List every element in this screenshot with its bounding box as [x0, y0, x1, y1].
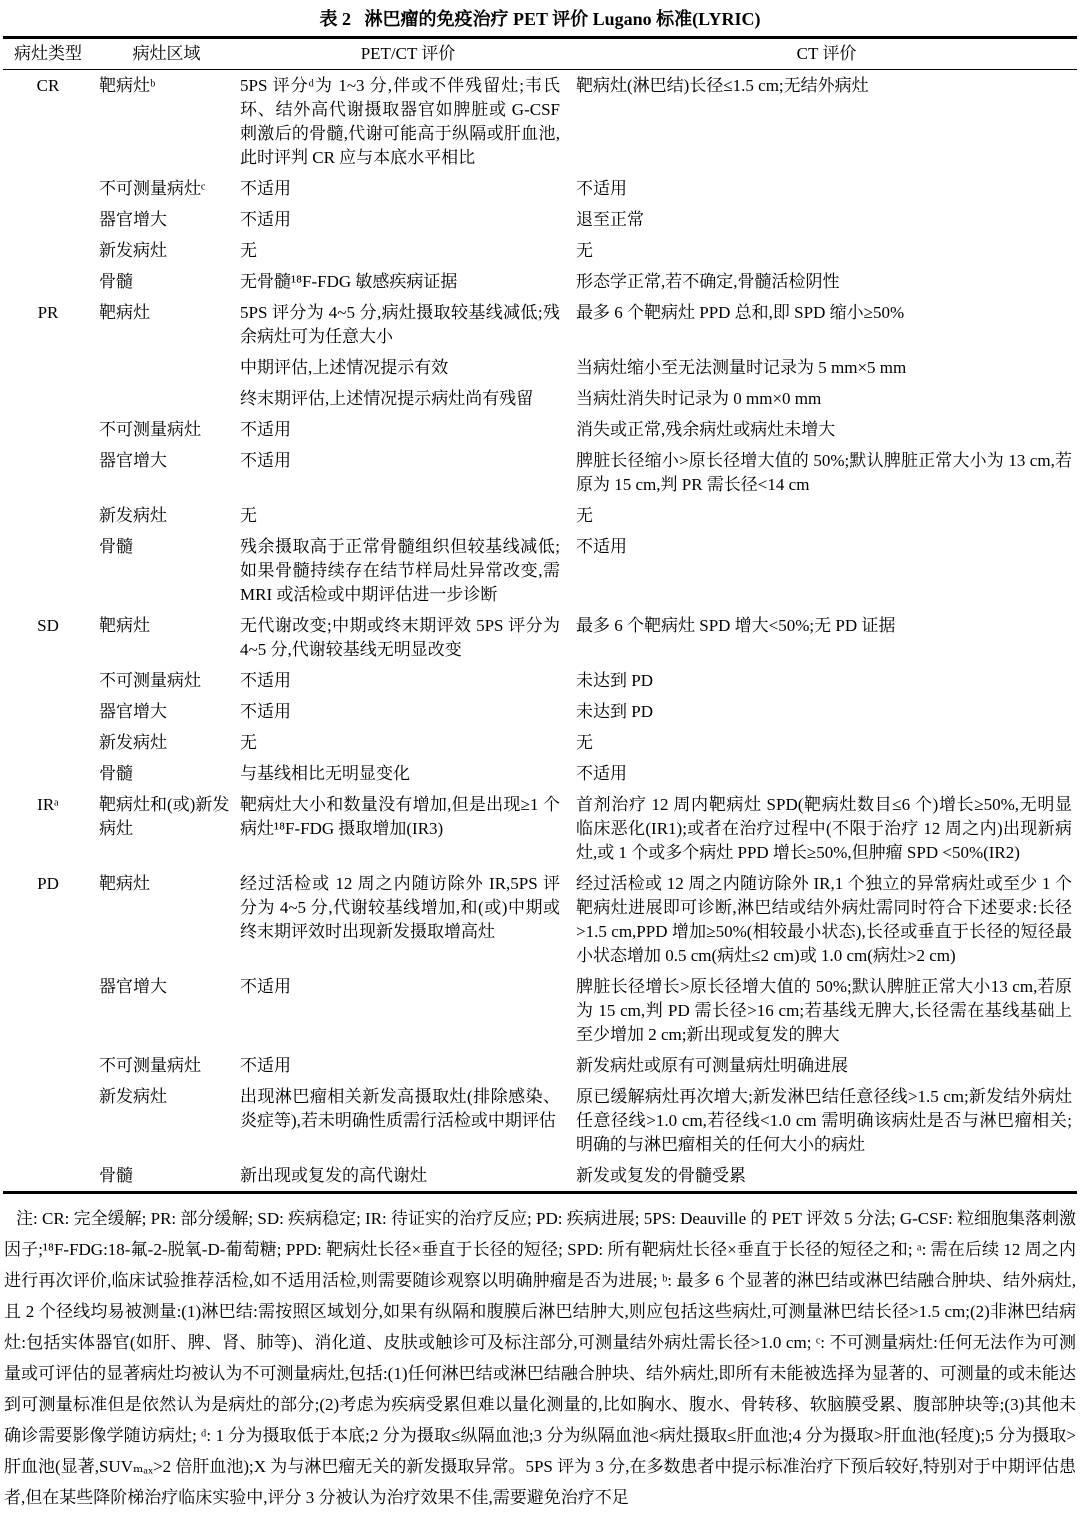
lesion-type-cell	[3, 531, 93, 610]
pet-ct-cell: 不适用	[240, 414, 576, 445]
lesion-region-cell	[93, 383, 240, 414]
table-row-pr-target: PR 靶病灶 5PS 评分为 4~5 分,病灶摄取较基线减低;残余病灶可为任意大…	[3, 297, 1077, 352]
table-row-pd-newlesion: 新发病灶 出现淋巴瘤相关新发高摄取灶(排除感染、炎症等),若未明确性质需行活检或…	[3, 1081, 1077, 1160]
lesion-type-cell	[3, 414, 93, 445]
pet-ct-cell: 出现淋巴瘤相关新发高摄取灶(排除感染、炎症等),若未明确性质需行活检或中期评估	[240, 1081, 576, 1160]
lesion-type-cell	[3, 266, 93, 297]
lesion-region-cell: 靶病灶和(或)新发病灶	[93, 789, 240, 868]
lesion-region-cell: 不可测量病灶ᶜ	[93, 173, 240, 204]
table-row-pr-interim: 中期评估,上述情况提示有效 当病灶缩小至无法测量时记录为 5 mm×5 mm	[3, 352, 1077, 383]
header-lesion-region: 病灶区域	[93, 39, 240, 69]
pet-ct-cell: 不适用	[240, 665, 576, 696]
table-row-pr-endstage: 终末期评估,上述情况提示病灶尚有残留 当病灶消失时记录为 0 mm×0 mm	[3, 383, 1077, 414]
lesion-type-cell: PD	[3, 868, 93, 971]
ct-cell: 形态学正常,若不确定,骨髓活检阴性	[576, 266, 1077, 297]
pet-ct-cell: 不适用	[240, 173, 576, 204]
lesion-type-cell	[3, 727, 93, 758]
table-row-pr-newlesion: 新发病灶 无 无	[3, 500, 1077, 531]
ct-cell: 靶病灶(淋巴结)长径≤1.5 cm;无结外病灶	[576, 70, 1077, 173]
table-row-ir-target-newlesion: IRᵃ 靶病灶和(或)新发病灶 靶病灶大小和数量没有增加,但是出现≥1 个病灶¹…	[3, 789, 1077, 868]
table-row-sd-newlesion: 新发病灶 无 无	[3, 727, 1077, 758]
pet-ct-cell: 不适用	[240, 971, 576, 1050]
table-row-sd-organ: 器官增大 不适用 未达到 PD	[3, 696, 1077, 727]
table-title: 表 2 淋巴瘤的免疫治疗 PET 评价 Lugano 标准(LYRIC)	[3, 0, 1077, 36]
table-row-cr-target: CR 靶病灶ᵇ 5PS 评分ᵈ为 1~3 分,伴或不伴残留灶;韦氏环、结外高代谢…	[3, 70, 1077, 173]
pet-ct-cell: 无骨髓¹⁸F-FDG 敏感疾病证据	[240, 266, 576, 297]
lesion-region-cell: 器官增大	[93, 445, 240, 500]
lesion-region-cell: 骨髓	[93, 1160, 240, 1191]
pet-ct-cell: 无代谢改变;中期或终末期评效 5PS 评分为 4~5 分,代谢较基线无明显改变	[240, 610, 576, 665]
table-row-cr-nonmeasurable: 不可测量病灶ᶜ 不适用 不适用	[3, 173, 1077, 204]
ct-cell: 不适用	[576, 758, 1077, 789]
lesion-type-cell	[3, 445, 93, 500]
lesion-type-cell	[3, 204, 93, 235]
lesion-region-cell: 新发病灶	[93, 1081, 240, 1160]
table-row-pd-target: PD 靶病灶 经过活检或 12 周之内随访除外 IR,5PS 评分为 4~5 分…	[3, 868, 1077, 971]
table-row-sd-target: SD 靶病灶 无代谢改变;中期或终末期评效 5PS 评分为 4~5 分,代谢较基…	[3, 610, 1077, 665]
lesion-type-cell	[3, 173, 93, 204]
table-footnote: 注: CR: 完全缓解; PR: 部分缓解; SD: 疾病稳定; IR: 待证实…	[3, 1194, 1077, 1513]
lesion-region-cell: 器官增大	[93, 971, 240, 1050]
ct-cell: 当病灶缩小至无法测量时记录为 5 mm×5 mm	[576, 352, 1077, 383]
lesion-type-cell: IRᵃ	[3, 789, 93, 868]
ct-cell: 最多 6 个靶病灶 SPD 增大<50%;无 PD 证据	[576, 610, 1077, 665]
table-row-pr-marrow: 骨髓 残余摄取高于正常骨髓组织但较基线减低;如果骨髓持续存在结节样局灶异常改变,…	[3, 531, 1077, 610]
ct-cell: 不适用	[576, 173, 1077, 204]
table-row-cr-marrow: 骨髓 无骨髓¹⁸F-FDG 敏感疾病证据 形态学正常,若不确定,骨髓活检阴性	[3, 266, 1077, 297]
lesion-region-cell: 新发病灶	[93, 500, 240, 531]
ct-cell: 脾脏长径增长>原长径增大值的 50%;默认脾脏正常大小13 cm,若原为 15 …	[576, 971, 1077, 1050]
pet-ct-cell: 不适用	[240, 204, 576, 235]
lesion-type-cell	[3, 971, 93, 1050]
pet-ct-cell: 终末期评估,上述情况提示病灶尚有残留	[240, 383, 576, 414]
lesion-region-cell: 靶病灶	[93, 610, 240, 665]
ct-cell: 消失或正常,残余病灶或病灶未增大	[576, 414, 1077, 445]
lesion-region-cell: 靶病灶	[93, 868, 240, 971]
lesion-region-cell: 器官增大	[93, 696, 240, 727]
ct-cell: 原已缓解病灶再次增大;新发淋巴结任意径线>1.5 cm;新发结外病灶任意径线>1…	[576, 1081, 1077, 1160]
pet-ct-cell: 与基线相比无明显变化	[240, 758, 576, 789]
lesion-region-cell: 不可测量病灶	[93, 414, 240, 445]
pet-ct-cell: 不适用	[240, 696, 576, 727]
lesion-type-cell	[3, 1050, 93, 1081]
lesion-region-cell: 不可测量病灶	[93, 1050, 240, 1081]
pet-ct-cell: 不适用	[240, 445, 576, 500]
ct-cell: 新发或复发的骨髓受累	[576, 1160, 1077, 1191]
pet-ct-cell: 靶病灶大小和数量没有增加,但是出现≥1 个病灶¹⁸F-FDG 摄取增加(IR3)	[240, 789, 576, 868]
lesion-type-cell: SD	[3, 610, 93, 665]
pet-ct-cell: 不适用	[240, 1050, 576, 1081]
table-row-cr-organ: 器官增大 不适用 退至正常	[3, 204, 1077, 235]
lugano-lyric-table: 病灶类型 病灶区域 PET/CT 评价 CT 评价 CR 靶病灶ᵇ 5PS 评分…	[3, 36, 1077, 1194]
lesion-region-cell: 靶病灶	[93, 297, 240, 352]
ct-cell: 无	[576, 500, 1077, 531]
lesion-type-cell	[3, 758, 93, 789]
lesion-type-cell	[3, 383, 93, 414]
pet-ct-cell: 无	[240, 727, 576, 758]
pet-ct-cell: 经过活检或 12 周之内随访除外 IR,5PS 评分为 4~5 分,代谢较基线增…	[240, 868, 576, 971]
lesion-type-cell	[3, 235, 93, 266]
ct-cell: 无	[576, 727, 1077, 758]
table-row-pr-organ: 器官增大 不适用 脾脏长径缩小>原长径增大值的 50%;默认脾脏正常大小为 13…	[3, 445, 1077, 500]
table-row-sd-marrow: 骨髓 与基线相比无明显变化 不适用	[3, 758, 1077, 789]
lesion-type-cell	[3, 1160, 93, 1191]
lesion-region-cell: 新发病灶	[93, 235, 240, 266]
table-row-sd-nonmeasurable: 不可测量病灶 不适用 未达到 PD	[3, 665, 1077, 696]
table-row-cr-newlesion: 新发病灶 无 无	[3, 235, 1077, 266]
lesion-type-cell	[3, 696, 93, 727]
lesion-type-cell	[3, 665, 93, 696]
lesion-region-cell: 骨髓	[93, 266, 240, 297]
table-body: CR 靶病灶ᵇ 5PS 评分ᵈ为 1~3 分,伴或不伴残留灶;韦氏环、结外高代谢…	[3, 70, 1077, 1191]
header-ct: CT 评价	[576, 39, 1077, 69]
pet-ct-cell: 无	[240, 235, 576, 266]
table-row-pr-nonmeasurable: 不可测量病灶 不适用 消失或正常,残余病灶或病灶未增大	[3, 414, 1077, 445]
ct-cell: 新发病灶或原有可测量病灶明确进展	[576, 1050, 1077, 1081]
ct-cell: 当病灶消失时记录为 0 mm×0 mm	[576, 383, 1077, 414]
header-pet-ct: PET/CT 评价	[240, 39, 576, 69]
lesion-type-cell: CR	[3, 70, 93, 173]
header-lesion-type: 病灶类型	[3, 39, 93, 69]
table-row-pd-nonmeasurable: 不可测量病灶 不适用 新发病灶或原有可测量病灶明确进展	[3, 1050, 1077, 1081]
lesion-type-cell	[3, 500, 93, 531]
table-row-pd-organ: 器官增大 不适用 脾脏长径增长>原长径增大值的 50%;默认脾脏正常大小13 c…	[3, 971, 1077, 1050]
pet-ct-cell: 5PS 评分为 4~5 分,病灶摄取较基线减低;残余病灶可为任意大小	[240, 297, 576, 352]
table-row-pd-marrow: 骨髓 新出现或复发的高代谢灶 新发或复发的骨髓受累	[3, 1160, 1077, 1191]
lesion-type-cell	[3, 352, 93, 383]
lesion-region-cell: 不可测量病灶	[93, 665, 240, 696]
pet-ct-cell: 中期评估,上述情况提示有效	[240, 352, 576, 383]
ct-cell: 首剂治疗 12 周内靶病灶 SPD(靶病灶数目≤6 个)增长≥50%,无明显临床…	[576, 789, 1077, 868]
ct-cell: 未达到 PD	[576, 696, 1077, 727]
ct-cell: 不适用	[576, 531, 1077, 610]
ct-cell: 经过活检或 12 周之内随访除外 IR,1 个独立的异常病灶或至少 1 个靶病灶…	[576, 868, 1077, 971]
ct-cell: 最多 6 个靶病灶 PPD 总和,即 SPD 缩小≥50%	[576, 297, 1077, 352]
lesion-region-cell	[93, 352, 240, 383]
ct-cell: 退至正常	[576, 204, 1077, 235]
pet-ct-cell: 残余摄取高于正常骨髓组织但较基线减低;如果骨髓持续存在结节样局灶异常改变,需 M…	[240, 531, 576, 610]
lesion-type-cell: PR	[3, 297, 93, 352]
paper-table-page: 表 2 淋巴瘤的免疫治疗 PET 评价 Lugano 标准(LYRIC) 病灶类…	[0, 0, 1080, 1538]
pet-ct-cell: 无	[240, 500, 576, 531]
lesion-region-cell: 新发病灶	[93, 727, 240, 758]
table-header-row: 病灶类型 病灶区域 PET/CT 评价 CT 评价	[3, 39, 1077, 70]
lesion-region-cell: 器官增大	[93, 204, 240, 235]
ct-cell: 脾脏长径缩小>原长径增大值的 50%;默认脾脏正常大小为 13 cm,若原为 1…	[576, 445, 1077, 500]
lesion-region-cell: 骨髓	[93, 758, 240, 789]
pet-ct-cell: 5PS 评分ᵈ为 1~3 分,伴或不伴残留灶;韦氏环、结外高代谢摄取器官如脾脏或…	[240, 70, 576, 173]
lesion-region-cell: 靶病灶ᵇ	[93, 70, 240, 173]
pet-ct-cell: 新出现或复发的高代谢灶	[240, 1160, 576, 1191]
lesion-region-cell: 骨髓	[93, 531, 240, 610]
lesion-type-cell	[3, 1081, 93, 1160]
ct-cell: 无	[576, 235, 1077, 266]
ct-cell: 未达到 PD	[576, 665, 1077, 696]
